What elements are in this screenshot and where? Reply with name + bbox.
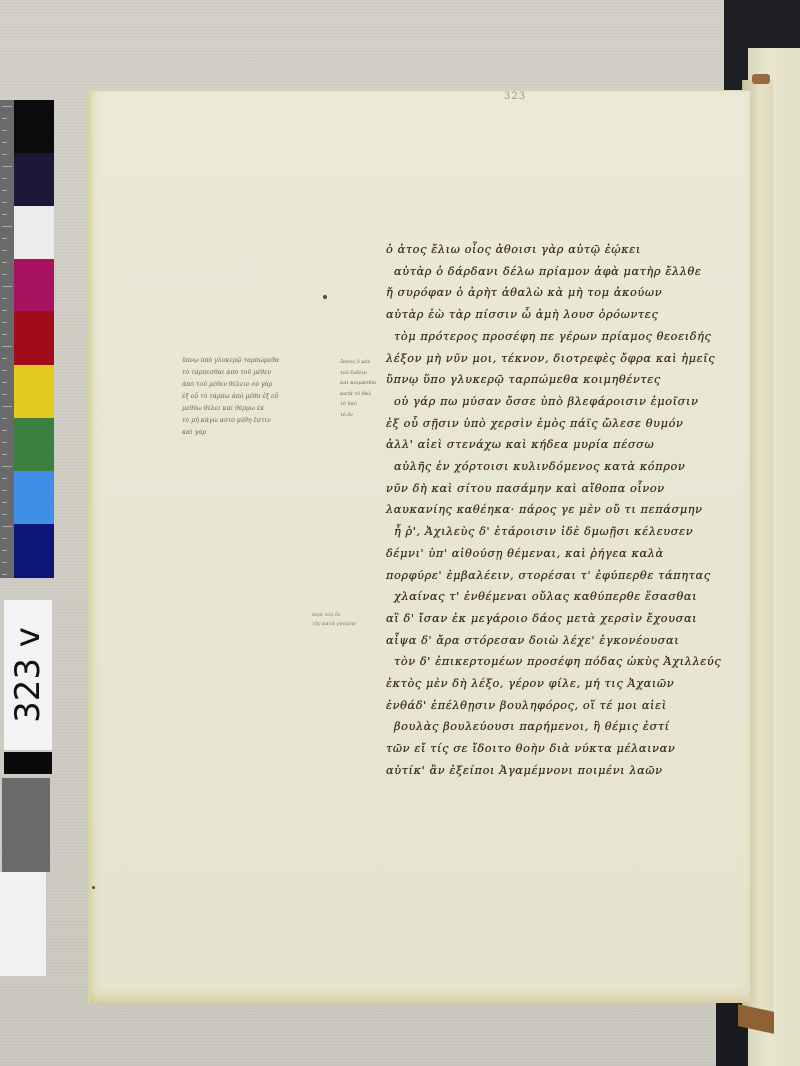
color-patch: [14, 524, 54, 578]
color-patch: [14, 471, 54, 524]
color-patch: [14, 365, 54, 418]
ruler-tick: [2, 502, 7, 503]
ruler-tick: [2, 454, 7, 455]
marginal-line: ἀπὸ τοῦ μέθεν θέλειν οὐ γὰρ: [182, 379, 332, 391]
ink-speck: [92, 886, 95, 889]
measurement-ruler: [0, 100, 14, 578]
ruler-tick: [2, 154, 7, 155]
text-line: αὐτίκ' ἂν ἐξείποι Ἀγαμέμνονι ποιμένι λαῶ…: [386, 760, 746, 782]
ruler-tick: [2, 310, 7, 311]
ruler-tick: [2, 238, 7, 239]
marginal-line: περὶ τοῦ ἕν: [312, 611, 372, 620]
ruler-tick: [2, 250, 7, 251]
color-patch: [14, 418, 54, 471]
text-line: ἤ συρόφαν ὁ ἀρὴτ ἀθαλὼ κὰ μὴ τομ ἀκούων: [386, 282, 746, 304]
ruler-tick: [2, 430, 7, 431]
text-line: βουλὰς βουλεύουσι παρήμενοι, ἣ θέμις ἐστ…: [386, 716, 746, 738]
marginal-line: μεθύω θέλει καὶ θέρμω ἐκ: [182, 403, 332, 415]
text-line: αἶψα δ' ἄρα στόρεσαν δοιὼ λέχε' ἐγκονέου…: [386, 630, 746, 652]
marginal-line: κατὰ τὸ θαλ: [340, 389, 390, 400]
text-line: αἳ δ' ἴσαν ἐκ μεγάροιο δάος μετὰ χερσὶν …: [386, 608, 746, 630]
ruler-tick: [2, 274, 7, 275]
folio-label: 323 v: [4, 600, 52, 750]
marginal-line: καὶ γάρ: [182, 427, 332, 439]
marginal-gloss-small: ὕπνος ὁ μὲντοῦ ἕυδεινκαὶ κοιμᾶσθαικατὰ τ…: [340, 357, 390, 420]
text-line: οὐ γάρ πω μύσαν ὄσσε ὑπὸ βλεφάροισιν ἐμο…: [386, 391, 746, 413]
text-line: ὕπνῳ ὕπο γλυκερῷ ταρπώμεθα κοιμηθέντες: [386, 369, 746, 391]
text-line: χλαίνας τ' ἐνθέμεναι οὔλας καθύπερθε ἕσα…: [386, 586, 746, 608]
ruler-tick: [2, 418, 7, 419]
text-line: λέξον μὴ νῦν μοι, τέκνον, διοτρεφὲς ὄφρα…: [386, 348, 746, 370]
text-line: ἀλλ' αἰεὶ στενάχω καὶ κήδεα μυρία πέσσω: [386, 434, 746, 456]
ruler-tick: [2, 262, 7, 263]
marginal-line: τὸ τάρπεσθαι ἀπὸ τοῦ μέθεν: [182, 367, 332, 379]
color-patch: [14, 259, 54, 311]
ruler-tick: [2, 226, 12, 227]
ruler-tick: [2, 478, 7, 479]
gray-scale-white: [0, 872, 46, 976]
text-line: ἐκτὸς μὲν δὴ λέξο, γέρον φίλε, μή τις Ἀχ…: [386, 673, 746, 695]
color-patch: [14, 153, 54, 206]
leather-cover-corner-top: [752, 74, 770, 84]
ruler-tick: [2, 130, 7, 131]
text-line: νῦν δὴ καὶ σίτου πασάμην καὶ αἴθοπα οἶνο…: [386, 478, 746, 500]
ruler-tick: [2, 526, 12, 527]
main-text-column: ὁ ἀτος ἔλιω οἶος ἀθοισι γὰρ αὐτῷ ἐῴκειαὐ…: [386, 239, 746, 782]
ruler-tick: [2, 166, 12, 167]
ruler-tick: [2, 142, 7, 143]
ruler-tick: [2, 574, 7, 575]
ruler-tick: [2, 190, 7, 191]
text-line: ἐξ οὗ σῇσιν ὑπὸ χερσὶν ἐμὸς πάϊς ὤλεσε θ…: [386, 413, 746, 435]
ruler-tick: [2, 178, 7, 179]
marginal-gloss-left: ὕπνῳ ὑπὸ γλυκερῷ ταρπώμεθατὸ τάρπεσθαι ἀ…: [182, 355, 332, 439]
marginal-line: τὸ ἐν: [340, 410, 390, 421]
text-line: λαυκανίης καθέηκα· πάρος γε μὲν οὔ τι πε…: [386, 499, 746, 521]
color-patch: [14, 206, 54, 259]
ruler-tick: [2, 550, 7, 551]
ruler-tick: [2, 562, 7, 563]
manuscript-page: 323 ὕπνῳ ὑπὸ γλυκερῷ ταρπώμεθατὸ τάρπεσθ…: [88, 90, 750, 1003]
text-line: αὐτὰρ ἐὼ τὰρ πίσσιν ὦ ἀμὴ λουσ ὁρόωντες: [386, 304, 746, 326]
text-line: δέμνι' ὑπ' αἰθούσῃ θέμεναι, καὶ ῥήγεα κα…: [386, 543, 746, 565]
marginal-gloss-lower: περὶ τοῦ ἕντῆς κατὰ γνώμην: [312, 611, 372, 629]
ink-speck: [323, 295, 327, 299]
ruler-tick: [2, 334, 7, 335]
ruler-tick: [2, 394, 7, 395]
marginal-line: ὕπνῳ ὑπὸ γλυκερῷ ταρπώμεθα: [182, 355, 332, 367]
ruler-tick: [2, 286, 12, 287]
folio-number: 323 v: [8, 627, 48, 723]
color-patch: [14, 100, 54, 153]
color-patch: [14, 311, 54, 365]
gray-scale-gray: [2, 778, 50, 872]
ruler-tick: [2, 106, 12, 107]
ruler-tick: [2, 202, 7, 203]
ruler-tick: [2, 514, 7, 515]
marginal-line: καὶ κοιμᾶσθαι: [340, 378, 390, 389]
ruler-tick: [2, 298, 7, 299]
ruler-tick: [2, 322, 7, 323]
ruler-tick: [2, 490, 7, 491]
text-line: πορφύρε' ἐμβαλέειν, στορέσαι τ' ἐφύπερθε…: [386, 565, 746, 587]
ruler-tick: [2, 538, 7, 539]
marginal-line: τὸ ὑπὸ: [340, 399, 390, 410]
ruler-tick: [2, 118, 7, 119]
ruler-tick: [2, 214, 7, 215]
ruler-tick: [2, 442, 7, 443]
text-line: τῶν εἴ τίς σε ἴδοιτο θοὴν διὰ νύκτα μέλα…: [386, 738, 746, 760]
text-line: αὐλῆς ἐν χόρτοισι κυλινδόμενος κατὰ κόπρ…: [386, 456, 746, 478]
text-line: ἐνθάδ' ἐπέλθῃσιν βουληφόρος, οἵ τέ μοι α…: [386, 695, 746, 717]
ruler-tick: [2, 382, 7, 383]
text-line: αὐτὰρ ὁ δάρδανι δέλω πρίαμον ἀφὰ ματὴρ ἔ…: [386, 261, 746, 283]
ruler-tick: [2, 466, 12, 467]
text-line: ἦ ῥ', Ἀχιλεὺς δ' ἑτάροισιν ἰδὲ δμωῇσι κέ…: [386, 521, 746, 543]
marginal-line: τὸ μὴ κἀγὼ αὐτὸ μέθη ἔστιν: [182, 415, 332, 427]
text-line: τὸμ πρότερος προσέφη πε γέρων πρίαμος θε…: [386, 326, 746, 348]
ruler-tick: [2, 358, 7, 359]
ruler-tick: [2, 406, 12, 407]
shelf-mark: 323: [504, 91, 526, 102]
gray-scale-black: [4, 752, 52, 774]
marginal-line: ὕπνος ὁ μὲν: [340, 357, 390, 368]
ruler-tick: [2, 370, 7, 371]
text-line: τὸν δ' ἐπικερτομέων προσέφη πόδας ὠκὺς Ἀ…: [386, 651, 746, 673]
marginal-line: τῆς κατὰ γνώμην: [312, 620, 372, 629]
text-line: ὁ ἀτος ἔλιω οἶος ἀθοισι γὰρ αὐτῷ ἐῴκει: [386, 239, 746, 261]
ruler-tick: [2, 346, 12, 347]
marginal-line: τοῦ ἕυδειν: [340, 368, 390, 379]
marginal-line: ἐξ οὗ τὸ τάρπω ἀπὸ μέθυ ἐξ οὗ: [182, 391, 332, 403]
